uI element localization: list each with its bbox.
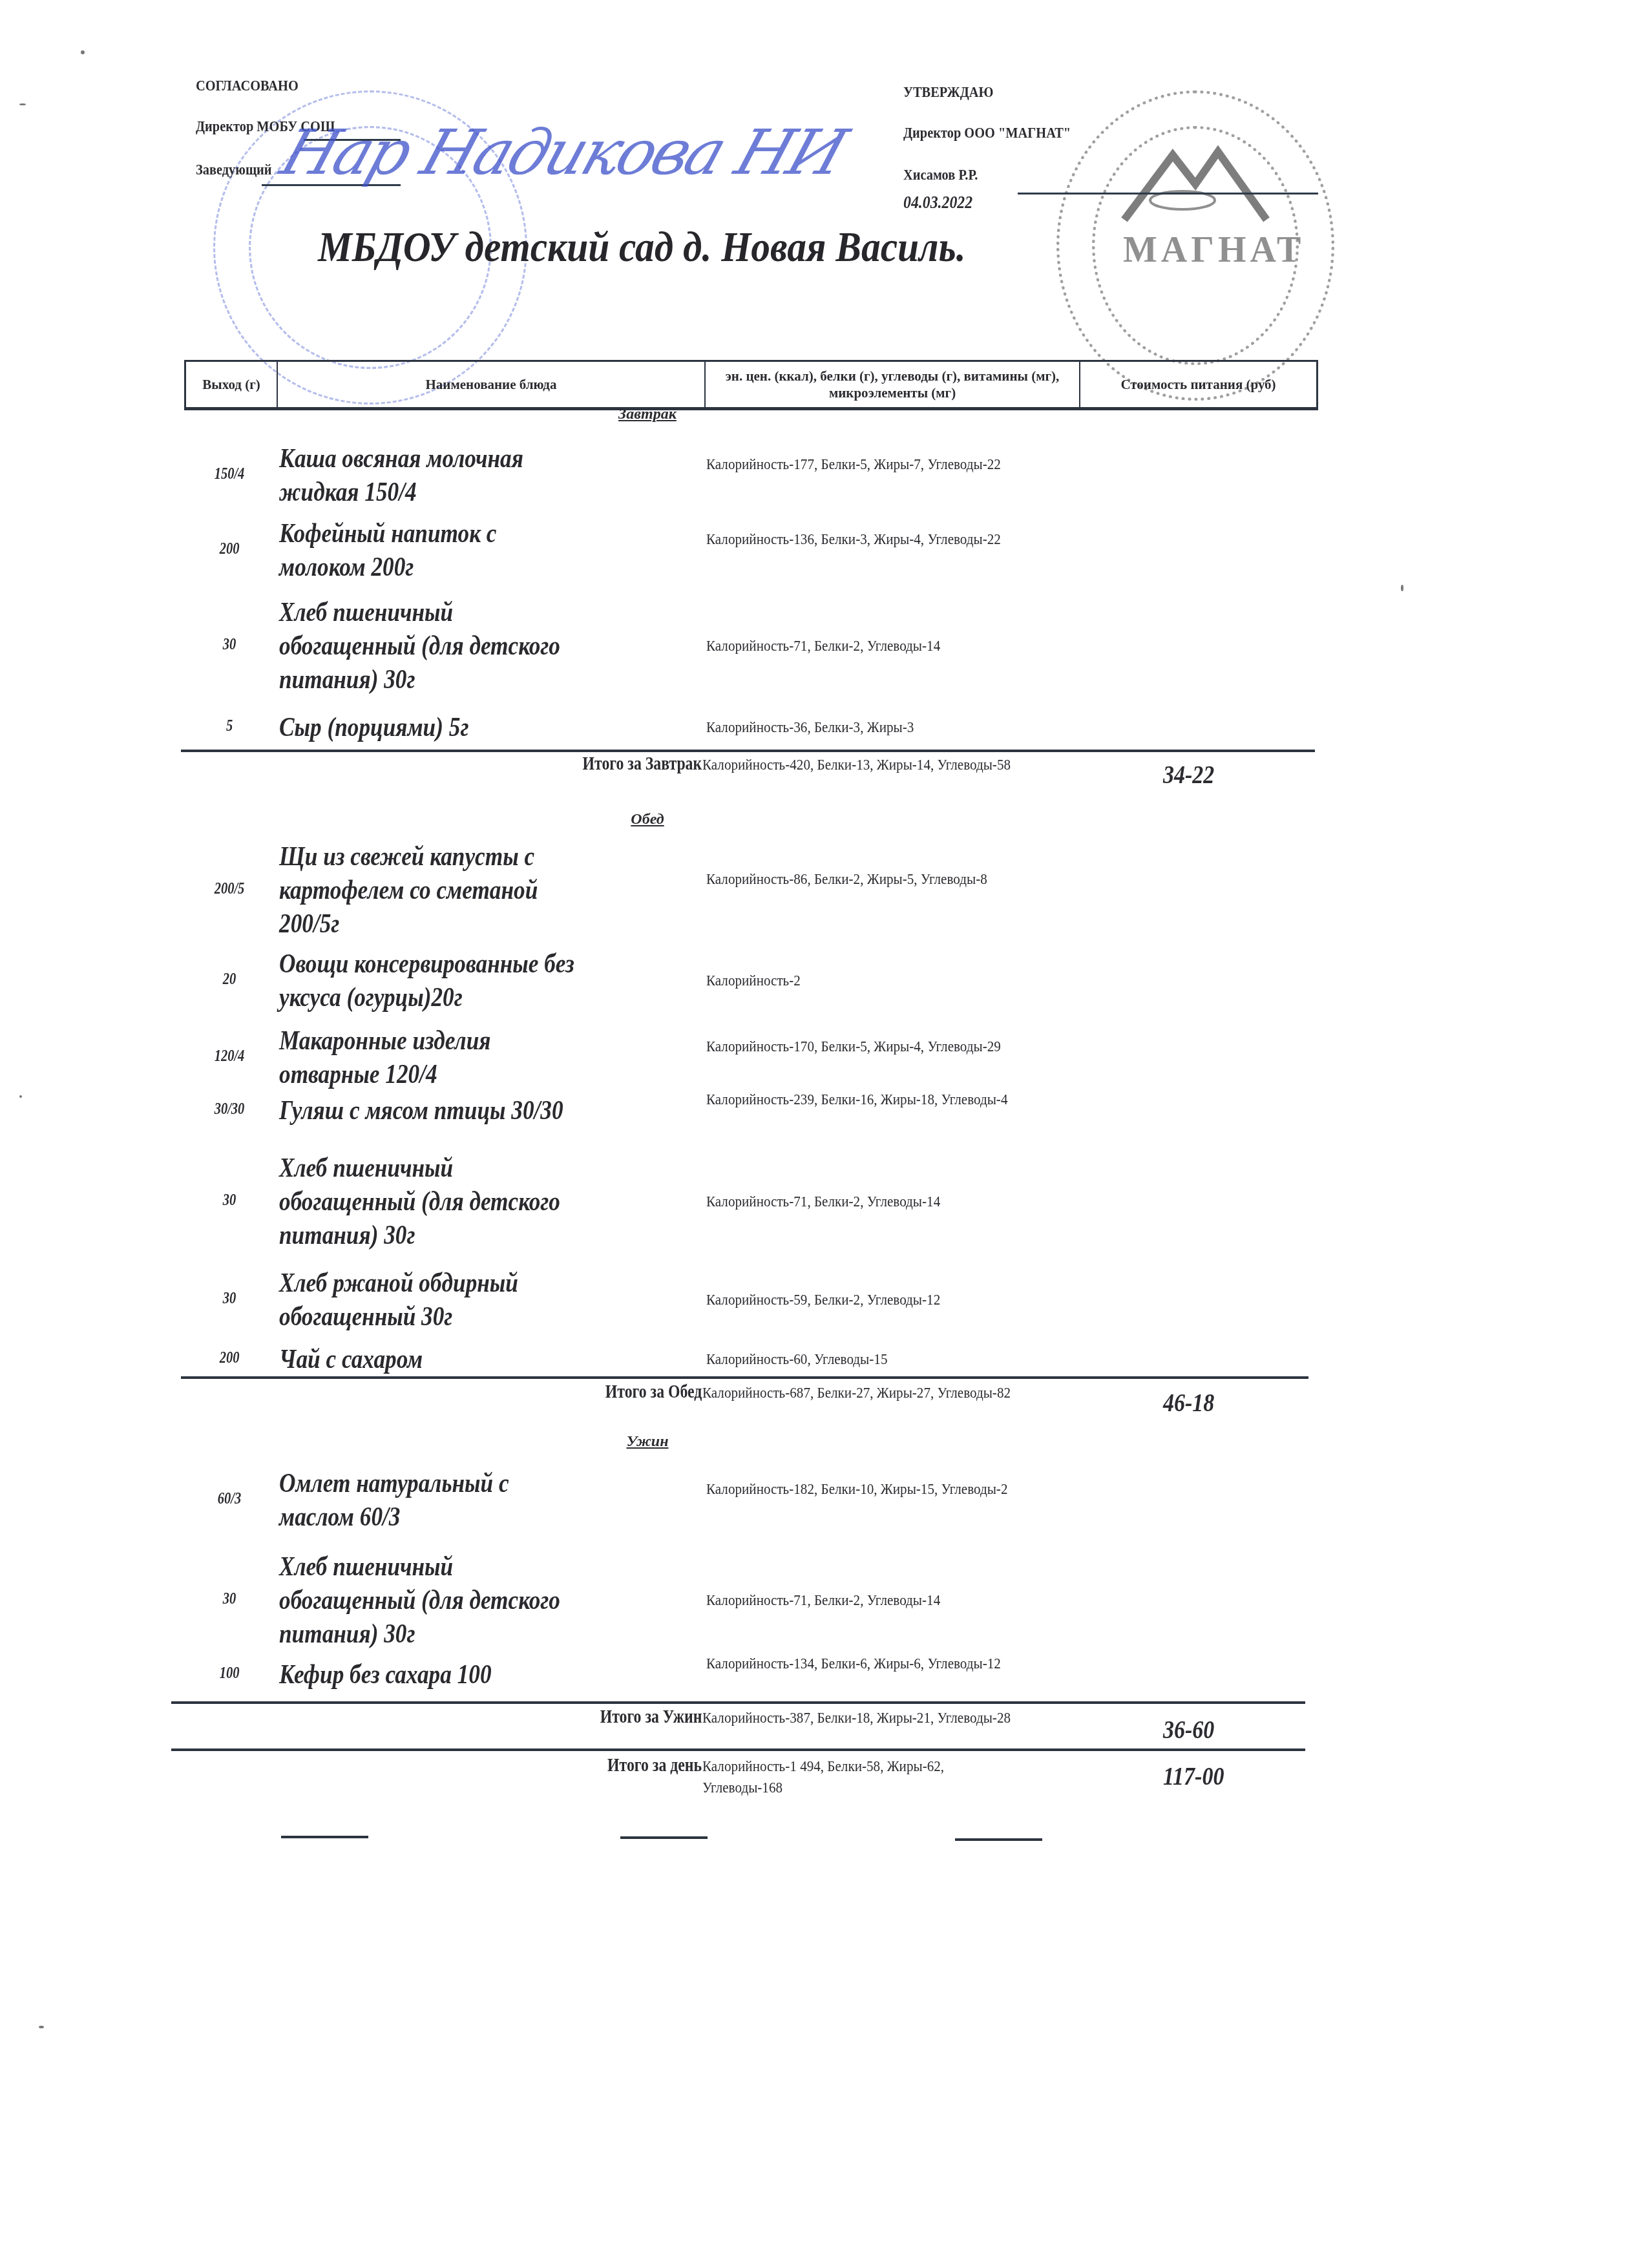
approval-right-name: Хисамов Р.Р. bbox=[903, 167, 978, 184]
handwritten-signature: Нар Надикова НИ bbox=[273, 116, 854, 189]
meal-total-label: Итого за Обед bbox=[605, 1381, 702, 1403]
divider bbox=[181, 750, 1315, 752]
meal-total-cost: 46-18 bbox=[1163, 1387, 1214, 1418]
item-output: 30 bbox=[195, 1590, 264, 1608]
item-output: 60/3 bbox=[195, 1490, 264, 1508]
item-name-line: картофелем со сметаной bbox=[279, 874, 618, 907]
signature-line bbox=[1018, 193, 1318, 194]
scan-speck bbox=[19, 1095, 22, 1098]
meal-total-cost: 34-22 bbox=[1163, 759, 1214, 790]
item-name-line: Овощи консервированные без bbox=[279, 947, 618, 981]
item-nutrition: Калорийность-2 bbox=[706, 971, 1025, 992]
item-output: 30/30 bbox=[195, 1100, 264, 1118]
item-name-line: маслом 60/3 bbox=[279, 1500, 618, 1534]
item-output: 150/4 bbox=[195, 465, 264, 483]
divider bbox=[171, 1701, 1305, 1704]
approval-right-heading: УТВЕРЖДАЮ bbox=[903, 84, 993, 101]
meal-total-label: Итого за Завтрак bbox=[582, 753, 702, 775]
meal-total-nutrition: Калорийность-387, Белки-18, Жиры-21, Угл… bbox=[702, 1708, 1021, 1729]
mountain-logo-icon bbox=[1111, 136, 1279, 233]
col-header-output: Выход (г) bbox=[186, 362, 278, 407]
item-output: 100 bbox=[195, 1664, 264, 1683]
item-nutrition: Калорийность-239, Белки-16, Жиры-18, Угл… bbox=[706, 1089, 1025, 1111]
divider bbox=[171, 1748, 1305, 1751]
item-nutrition: Калорийность-60, Углеводы-15 bbox=[706, 1349, 1025, 1370]
item-output: 30 bbox=[195, 1290, 264, 1308]
item-nutrition: Калорийность-59, Белки-2, Углеводы-12 bbox=[706, 1290, 1025, 1311]
item-name-line: обогащенный (для детского bbox=[279, 629, 618, 663]
col-header-cost: Стоимость питания (руб) bbox=[1080, 362, 1316, 407]
item-nutrition: Калорийность-177, Белки-5, Жиры-7, Углев… bbox=[706, 454, 1025, 476]
item-name-line: обогащенный 30г bbox=[279, 1300, 618, 1334]
item-name-line: Хлеб пшеничный bbox=[279, 596, 618, 629]
item-nutrition: Калорийность-71, Белки-2, Углеводы-14 bbox=[706, 1192, 1025, 1213]
approval-date: 04.03.2022 bbox=[903, 193, 972, 213]
scan-speck bbox=[1401, 585, 1403, 591]
item-name-line: обогащенный (для детского bbox=[279, 1584, 618, 1617]
col-header-name: Наименование блюда bbox=[278, 362, 706, 407]
item-nutrition: Калорийность-182, Белки-10, Жиры-15, Угл… bbox=[706, 1479, 1025, 1500]
item-output: 5 bbox=[195, 717, 264, 735]
item-name-line: питания) 30г bbox=[279, 1219, 618, 1252]
meal-total-nutrition: Калорийность-687, Белки-27, Жиры-27, Угл… bbox=[702, 1383, 1021, 1404]
item-name-line: Омлет натуральный с bbox=[279, 1467, 618, 1500]
item-name-line: молоком 200г bbox=[279, 551, 618, 584]
item-output: 30 bbox=[195, 636, 264, 654]
approval-right-director: Директор ООО "МАГНАТ" bbox=[903, 125, 1071, 142]
day-total-nutrition: Калорийность-1 494, Белки-58, Жиры-62, У… bbox=[702, 1756, 1021, 1799]
meal-total-nutrition: Калорийность-420, Белки-13, Жиры-14, Угл… bbox=[702, 755, 1021, 776]
table-header: Выход (г) Наименование блюда эн. цен. (к… bbox=[184, 360, 1318, 410]
item-output: 30 bbox=[195, 1192, 264, 1210]
item-name-line: питания) 30г bbox=[279, 663, 618, 697]
item-output: 120/4 bbox=[195, 1047, 264, 1066]
approval-left-head: Заведующий bbox=[196, 162, 272, 179]
item-name-line: Каша овсяная молочная bbox=[279, 442, 618, 476]
item-name-line: Хлеб пшеничный bbox=[279, 1151, 618, 1185]
footer-signature-line bbox=[955, 1838, 1042, 1841]
item-output: 200 bbox=[195, 540, 264, 558]
meal-total-cost: 36-60 bbox=[1163, 1714, 1214, 1745]
scan-speck bbox=[19, 103, 26, 105]
item-nutrition: Калорийность-86, Белки-2, Жиры-5, Углево… bbox=[706, 869, 1025, 890]
item-name-line: Чай с сахаром bbox=[279, 1343, 618, 1376]
item-name-line: уксуса (огурцы)20г bbox=[279, 981, 618, 1014]
footer-signature-line bbox=[281, 1836, 368, 1838]
item-name-line: питания) 30г bbox=[279, 1617, 618, 1651]
footer-signature-line bbox=[620, 1836, 708, 1839]
item-name-line: Хлеб пшеничный bbox=[279, 1550, 618, 1584]
item-nutrition: Калорийность-71, Белки-2, Углеводы-14 bbox=[706, 1590, 1025, 1612]
item-output: 20 bbox=[195, 971, 264, 989]
section-heading: Обед bbox=[631, 811, 664, 828]
page-title: МБДОУ детский сад д. Новая Василь. bbox=[318, 223, 966, 272]
item-name-line: Макаронные изделия bbox=[279, 1024, 618, 1058]
item-nutrition: Калорийность-134, Белки-6, Жиры-6, Углев… bbox=[706, 1654, 1025, 1675]
item-name-line: Сыр (порциями) 5г bbox=[279, 711, 618, 744]
approval-left-heading: СОГЛАСОВАНО bbox=[196, 78, 299, 95]
item-nutrition: Калорийность-136, Белки-3, Жиры-4, Углев… bbox=[706, 529, 1025, 551]
item-name-line: обогащенный (для детского bbox=[279, 1185, 618, 1219]
item-name-line: Щи из свежей капусты с bbox=[279, 840, 618, 874]
item-output: 200 bbox=[195, 1349, 264, 1367]
day-total-cost: 117-00 bbox=[1163, 1761, 1224, 1791]
item-name-line: Кефир без сахара 100 bbox=[279, 1658, 618, 1692]
item-nutrition: Калорийность-170, Белки-5, Жиры-4, Углев… bbox=[706, 1036, 1025, 1058]
item-name-line: 200/5г bbox=[279, 907, 618, 941]
item-nutrition: Калорийность-71, Белки-2, Углеводы-14 bbox=[706, 636, 1025, 657]
section-heading: Завтрак bbox=[618, 406, 677, 423]
item-output: 200/5 bbox=[195, 880, 264, 898]
item-name-line: Кофейный напиток с bbox=[279, 517, 618, 551]
item-nutrition: Калорийность-36, Белки-3, Жиры-3 bbox=[706, 717, 1025, 739]
scan-speck bbox=[39, 2026, 44, 2028]
item-name-line: жидкая 150/4 bbox=[279, 476, 618, 509]
divider bbox=[181, 1376, 1308, 1379]
section-heading: Ужин bbox=[626, 1433, 668, 1451]
scan-speck bbox=[81, 50, 85, 54]
stamp-brand-text: МАГНАТ bbox=[1123, 229, 1305, 271]
day-total-label: Итого за день bbox=[607, 1755, 702, 1776]
item-name-line: отварные 120/4 bbox=[279, 1058, 618, 1091]
meal-total-label: Итого за Ужин bbox=[600, 1706, 702, 1728]
item-name-line: Хлеб ржаной обдирный bbox=[279, 1266, 618, 1300]
col-header-nutrition: эн. цен. (ккал), белки (г), углеводы (г)… bbox=[706, 362, 1080, 407]
item-name-line: Гуляш с мясом птицы 30/30 bbox=[279, 1094, 618, 1128]
